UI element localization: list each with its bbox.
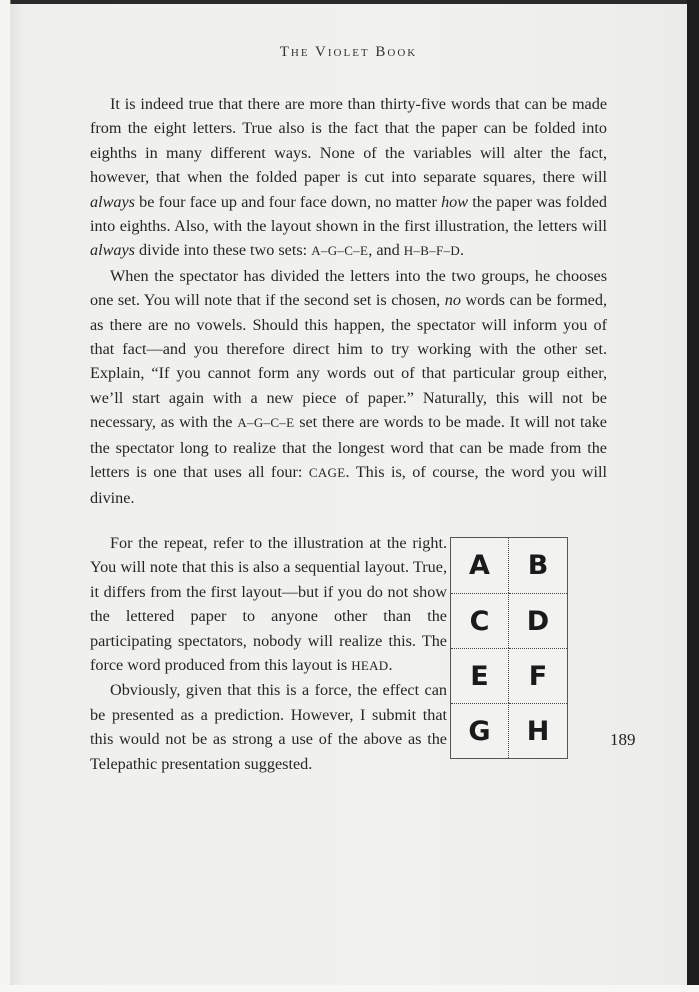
emphasis: no	[445, 291, 461, 309]
page-bottom-edge	[0, 985, 699, 992]
grid-cell: A	[451, 538, 509, 593]
letter-set-ref: A–G–C–E	[237, 415, 294, 430]
grid-cell: C	[451, 593, 509, 648]
force-word-cage: CAGE	[309, 465, 346, 480]
grid-cell: B	[509, 538, 567, 593]
letter-set-2: H–B–F–D	[404, 243, 460, 258]
grid-cell: F	[509, 648, 567, 703]
paragraph-3: For the repeat, refer to the illustratio…	[90, 531, 447, 678]
letter-set-1: A–G–C–E	[311, 243, 368, 258]
letter-grid-illustration: A B C D E F G H	[450, 537, 568, 759]
book-page: The Violet Book It is indeed true that t…	[10, 4, 687, 985]
grid-cell: G	[451, 703, 509, 758]
emphasis: always	[90, 193, 135, 211]
page-number: 189	[610, 730, 636, 750]
page-gutter-shadow	[687, 0, 699, 992]
running-head: The Violet Book	[10, 44, 687, 61]
body-text-full-width: It is indeed true that there are more th…	[90, 92, 607, 510]
grid-cell: H	[509, 703, 567, 758]
paragraph-1: It is indeed true that there are more th…	[90, 92, 607, 264]
grid-cell: E	[451, 648, 509, 703]
body-text-narrow: For the repeat, refer to the illustratio…	[90, 531, 447, 776]
emphasis: how	[441, 193, 468, 211]
force-word-head: HEAD	[351, 658, 388, 673]
paragraph-4: Obviously, given that this is a force, t…	[90, 678, 447, 776]
paragraph-2: When the spectator has divided the lette…	[90, 264, 607, 510]
grid-cell: D	[509, 593, 567, 648]
emphasis: always	[90, 241, 135, 259]
